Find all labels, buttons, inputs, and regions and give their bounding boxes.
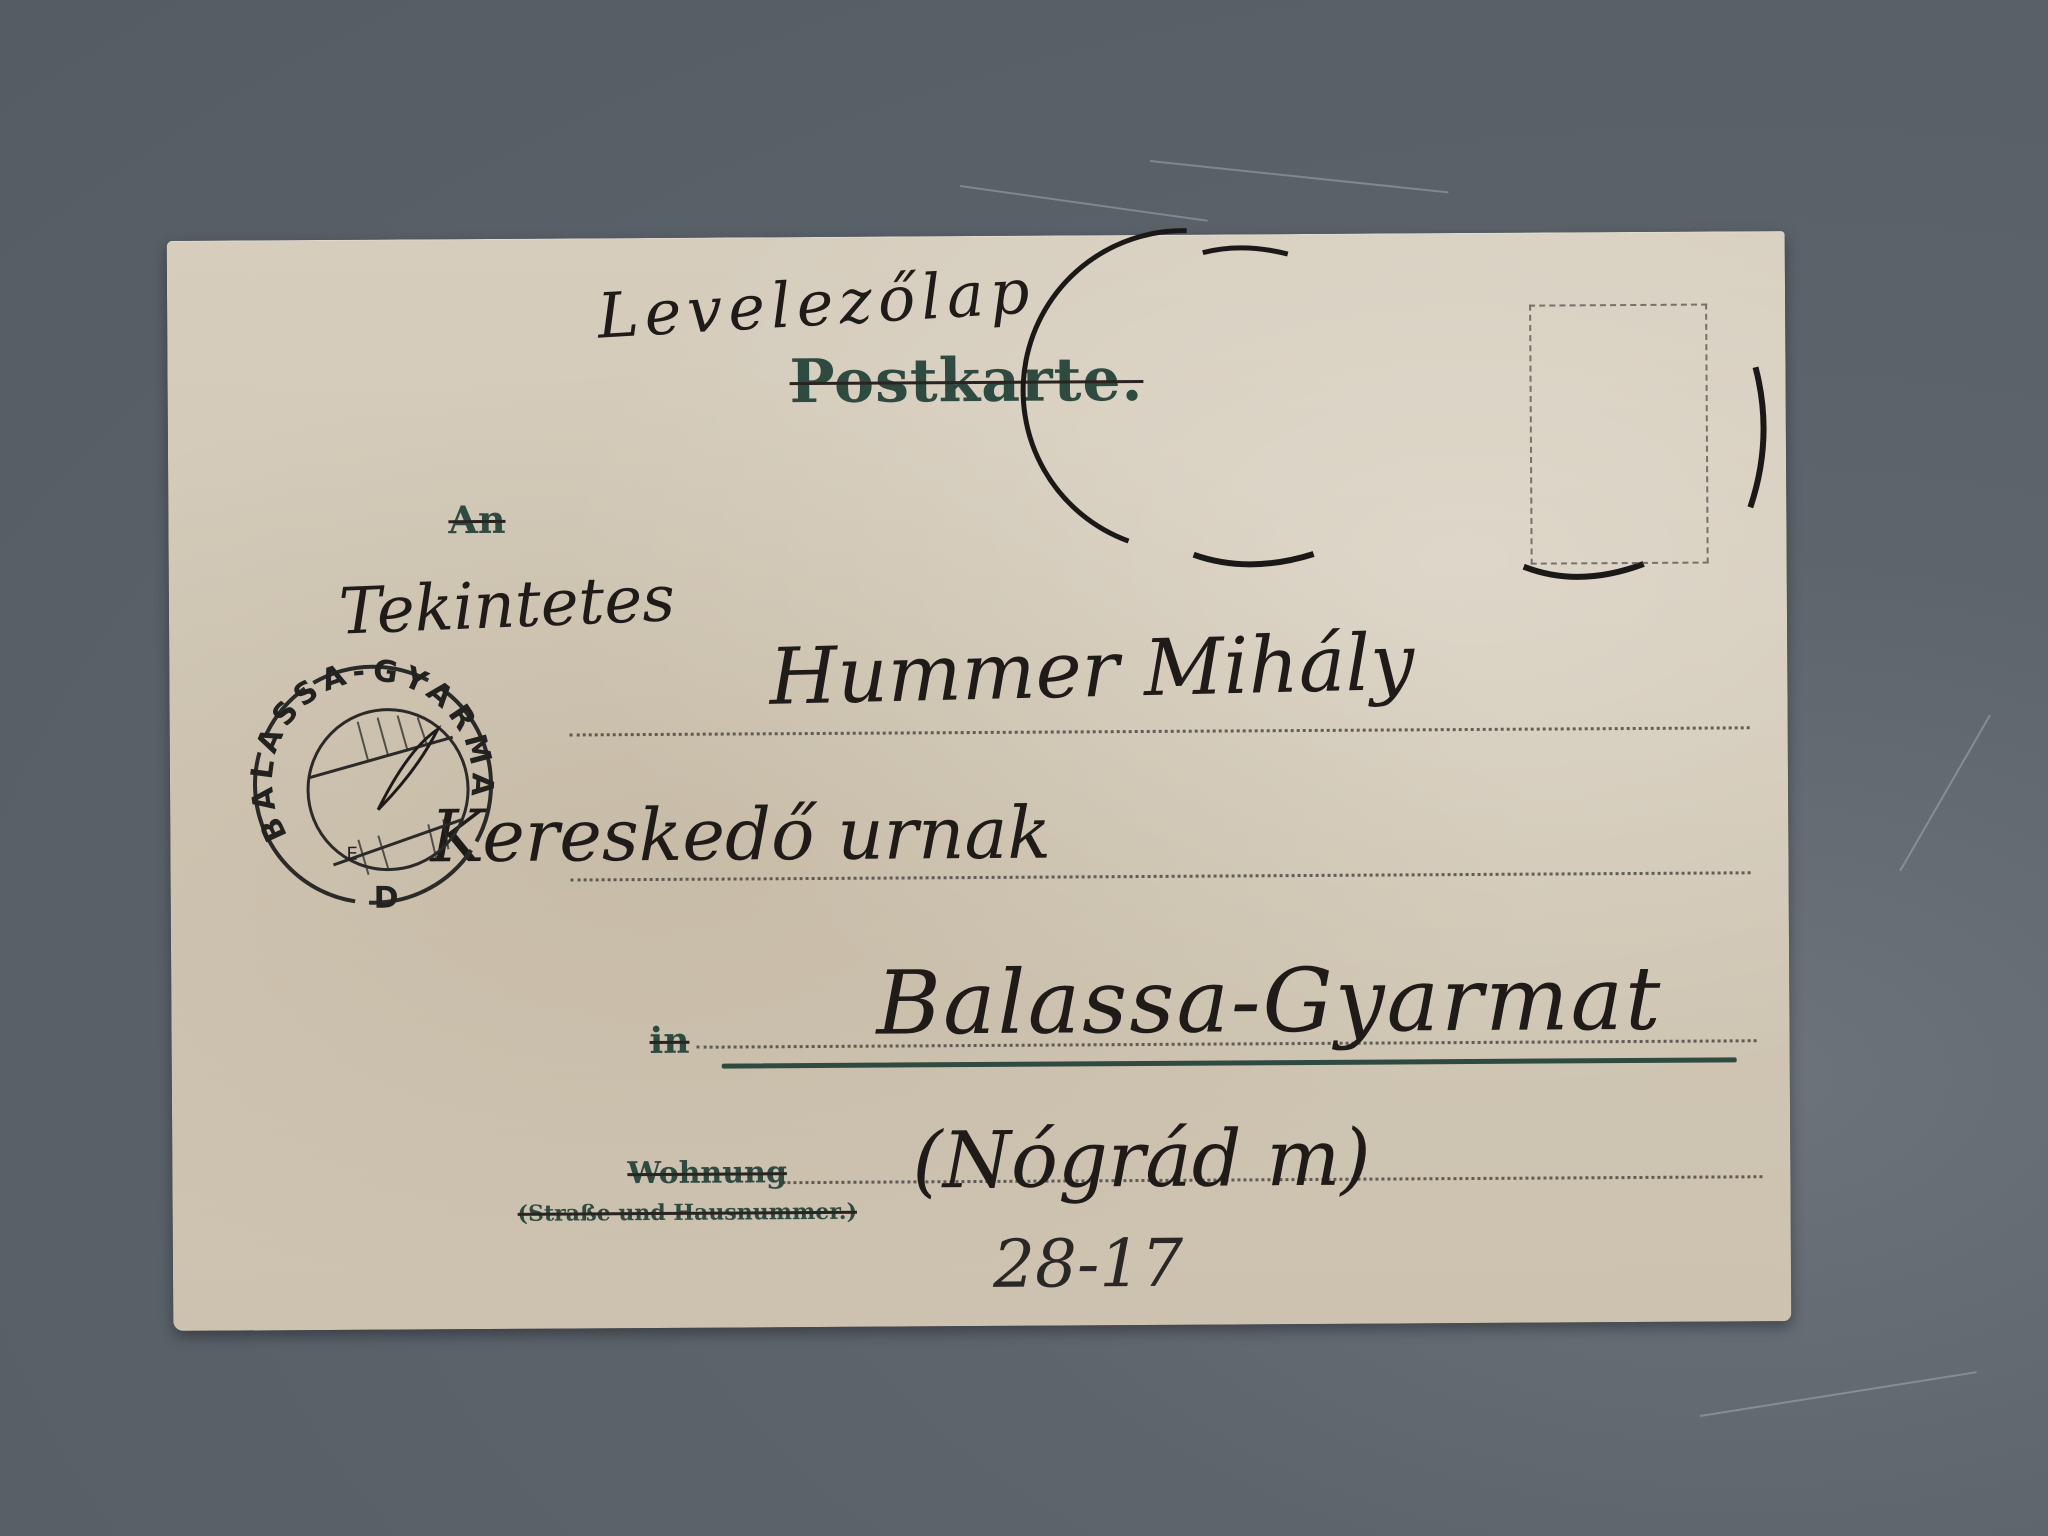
surface-scratch [960, 185, 1208, 222]
surface-scratch [1700, 1371, 1977, 1417]
residence-hint: (Straße und Hausnummer.) [518, 1199, 857, 1227]
postmark: BALASSA-GYARMAT D E [247, 659, 499, 911]
svg-text:BALASSA-GYARMAT: BALASSA-GYARMAT [234, 632, 500, 847]
stamp-area [1529, 304, 1709, 565]
postmark-ring-icon: BALASSA-GYARMAT D E [247, 659, 499, 911]
postmark-letter-segment: E [346, 844, 358, 865]
surface-scratch [1150, 160, 1449, 193]
to-label: An [448, 497, 505, 542]
postmark-letter-bottom: D [374, 881, 399, 916]
address-county: (Nógrád m) [912, 1114, 1371, 1207]
postcard: Levelezőlap Postkarte. An Tekintetes Hum… [167, 231, 1792, 1331]
residence-label: Wohnung [627, 1155, 787, 1191]
postmark-town: BALASSA-GYARMAT [234, 632, 500, 847]
address-title: Kereskedő urnak [430, 791, 1051, 879]
address-salutation: Tekintetes [338, 562, 677, 650]
in-label: in [649, 1020, 689, 1062]
address-name: Hummer Mihály [768, 618, 1415, 723]
handwritten-note: 28-17 [993, 1225, 1184, 1303]
surface-scratch [1899, 715, 1991, 872]
address-city: Balassa-Gyarmat [876, 947, 1663, 1055]
